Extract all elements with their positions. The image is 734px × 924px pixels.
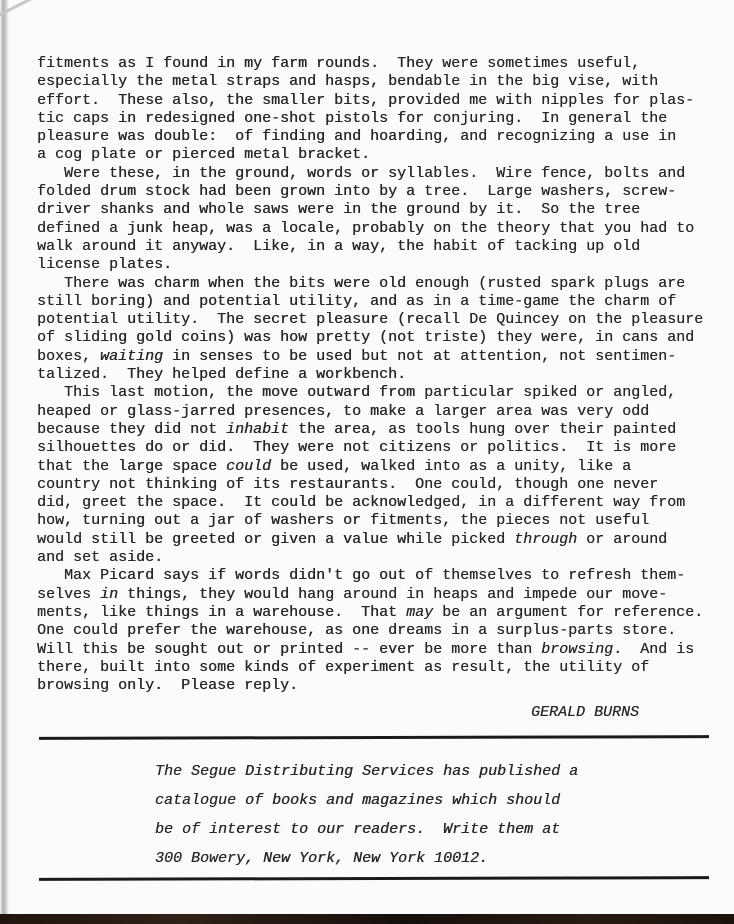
- text-line: tic caps in redesigned one-shot pistols …: [37, 110, 717, 128]
- text-line: catalogue of books and magazines which s…: [155, 786, 578, 815]
- text-line: a cog plate or pierced metal bracket.: [37, 146, 717, 164]
- text-line: folded drum stock had been grown into by…: [37, 183, 717, 201]
- paragraph: Max Picard says if words didn't go out o…: [37, 567, 717, 695]
- text-line: fitments as I found in my farm rounds. T…: [37, 55, 717, 73]
- text-line: One could prefer the warehouse, as one d…: [37, 622, 717, 640]
- text-line: there, built into some kinds of experime…: [37, 659, 717, 677]
- text-line: This last motion, the move outward from …: [37, 384, 717, 402]
- footer-note: The Segue Distributing Services has publ…: [155, 757, 578, 873]
- text-line: how, turning out a jar of washers or fit…: [37, 512, 717, 530]
- paragraph: Were these, in the ground, words or syll…: [37, 165, 717, 275]
- text-line: browsing only. Please reply.: [37, 677, 717, 695]
- signature: GERALD BURNS: [37, 704, 717, 722]
- text-line: 300 Bowery, New York, New York 10012.: [155, 844, 578, 873]
- horizontal-rule: [39, 876, 709, 881]
- text-line: license plates.: [37, 256, 717, 274]
- text-line: did, greet the space. It could be acknow…: [37, 494, 717, 512]
- text-line: pleasure was double: of finding and hoar…: [37, 128, 717, 146]
- text-line: and set aside.: [37, 549, 717, 567]
- text-line: effort. These also, the smaller bits, pr…: [37, 92, 717, 110]
- text-line: especially the metal straps and hasps, b…: [37, 73, 717, 91]
- text-line: boxes, waiting in senses to be used but …: [37, 348, 717, 366]
- scan-bottom-edge: [0, 914, 734, 924]
- paragraph: fitments as I found in my farm rounds. T…: [37, 55, 717, 165]
- text-line: talized. They helped define a workbench.: [37, 366, 717, 384]
- text-line: selves in things, they would hang around…: [37, 586, 717, 604]
- text-line: silhouettes do or did. They were not cit…: [37, 439, 717, 457]
- text-line: driver shanks and whole saws were in the…: [37, 201, 717, 219]
- text-line: because they did not inhabit the area, a…: [37, 421, 717, 439]
- text-line: Were these, in the ground, words or syll…: [37, 165, 717, 183]
- text-line: country not thinking of its restaurants.…: [37, 476, 717, 494]
- text-line: The Segue Distributing Services has publ…: [155, 757, 578, 786]
- text-line: potential utility. The secret pleasure (…: [37, 311, 717, 329]
- text-line: Max Picard says if words didn't go out o…: [37, 567, 717, 585]
- text-line: defined a junk heap, was a locale, proba…: [37, 220, 717, 238]
- text-line: heaped or glass-jarred presences, to mak…: [37, 403, 717, 421]
- text-line: would still be greeted or given a value …: [37, 531, 717, 549]
- horizontal-rule: [39, 735, 709, 740]
- text-line: ments, like things in a warehouse. That …: [37, 604, 717, 622]
- text-line: be of interest to our readers. Write the…: [155, 815, 578, 844]
- text-line: walk around it anyway. Like, in a way, t…: [37, 238, 717, 256]
- text-line: There was charm when the bits were old e…: [37, 275, 717, 293]
- text-line: that the large space could be used, walk…: [37, 458, 717, 476]
- paragraph: This last motion, the move outward from …: [37, 384, 717, 567]
- letter-body: fitments as I found in my farm rounds. T…: [37, 55, 717, 723]
- text-line: still boring) and potential utility, and…: [37, 293, 717, 311]
- footer-note-lines: The Segue Distributing Services has publ…: [155, 757, 578, 873]
- paragraphs: fitments as I found in my farm rounds. T…: [37, 55, 717, 695]
- page: fitments as I found in my farm rounds. T…: [0, 0, 734, 924]
- text-line: of sliding gold coins) was how pretty (n…: [37, 329, 717, 347]
- text-line: Will this be sought out or printed -- ev…: [37, 641, 717, 659]
- page-edge-shadow: [0, 0, 9, 924]
- paragraph: There was charm when the bits were old e…: [37, 275, 717, 385]
